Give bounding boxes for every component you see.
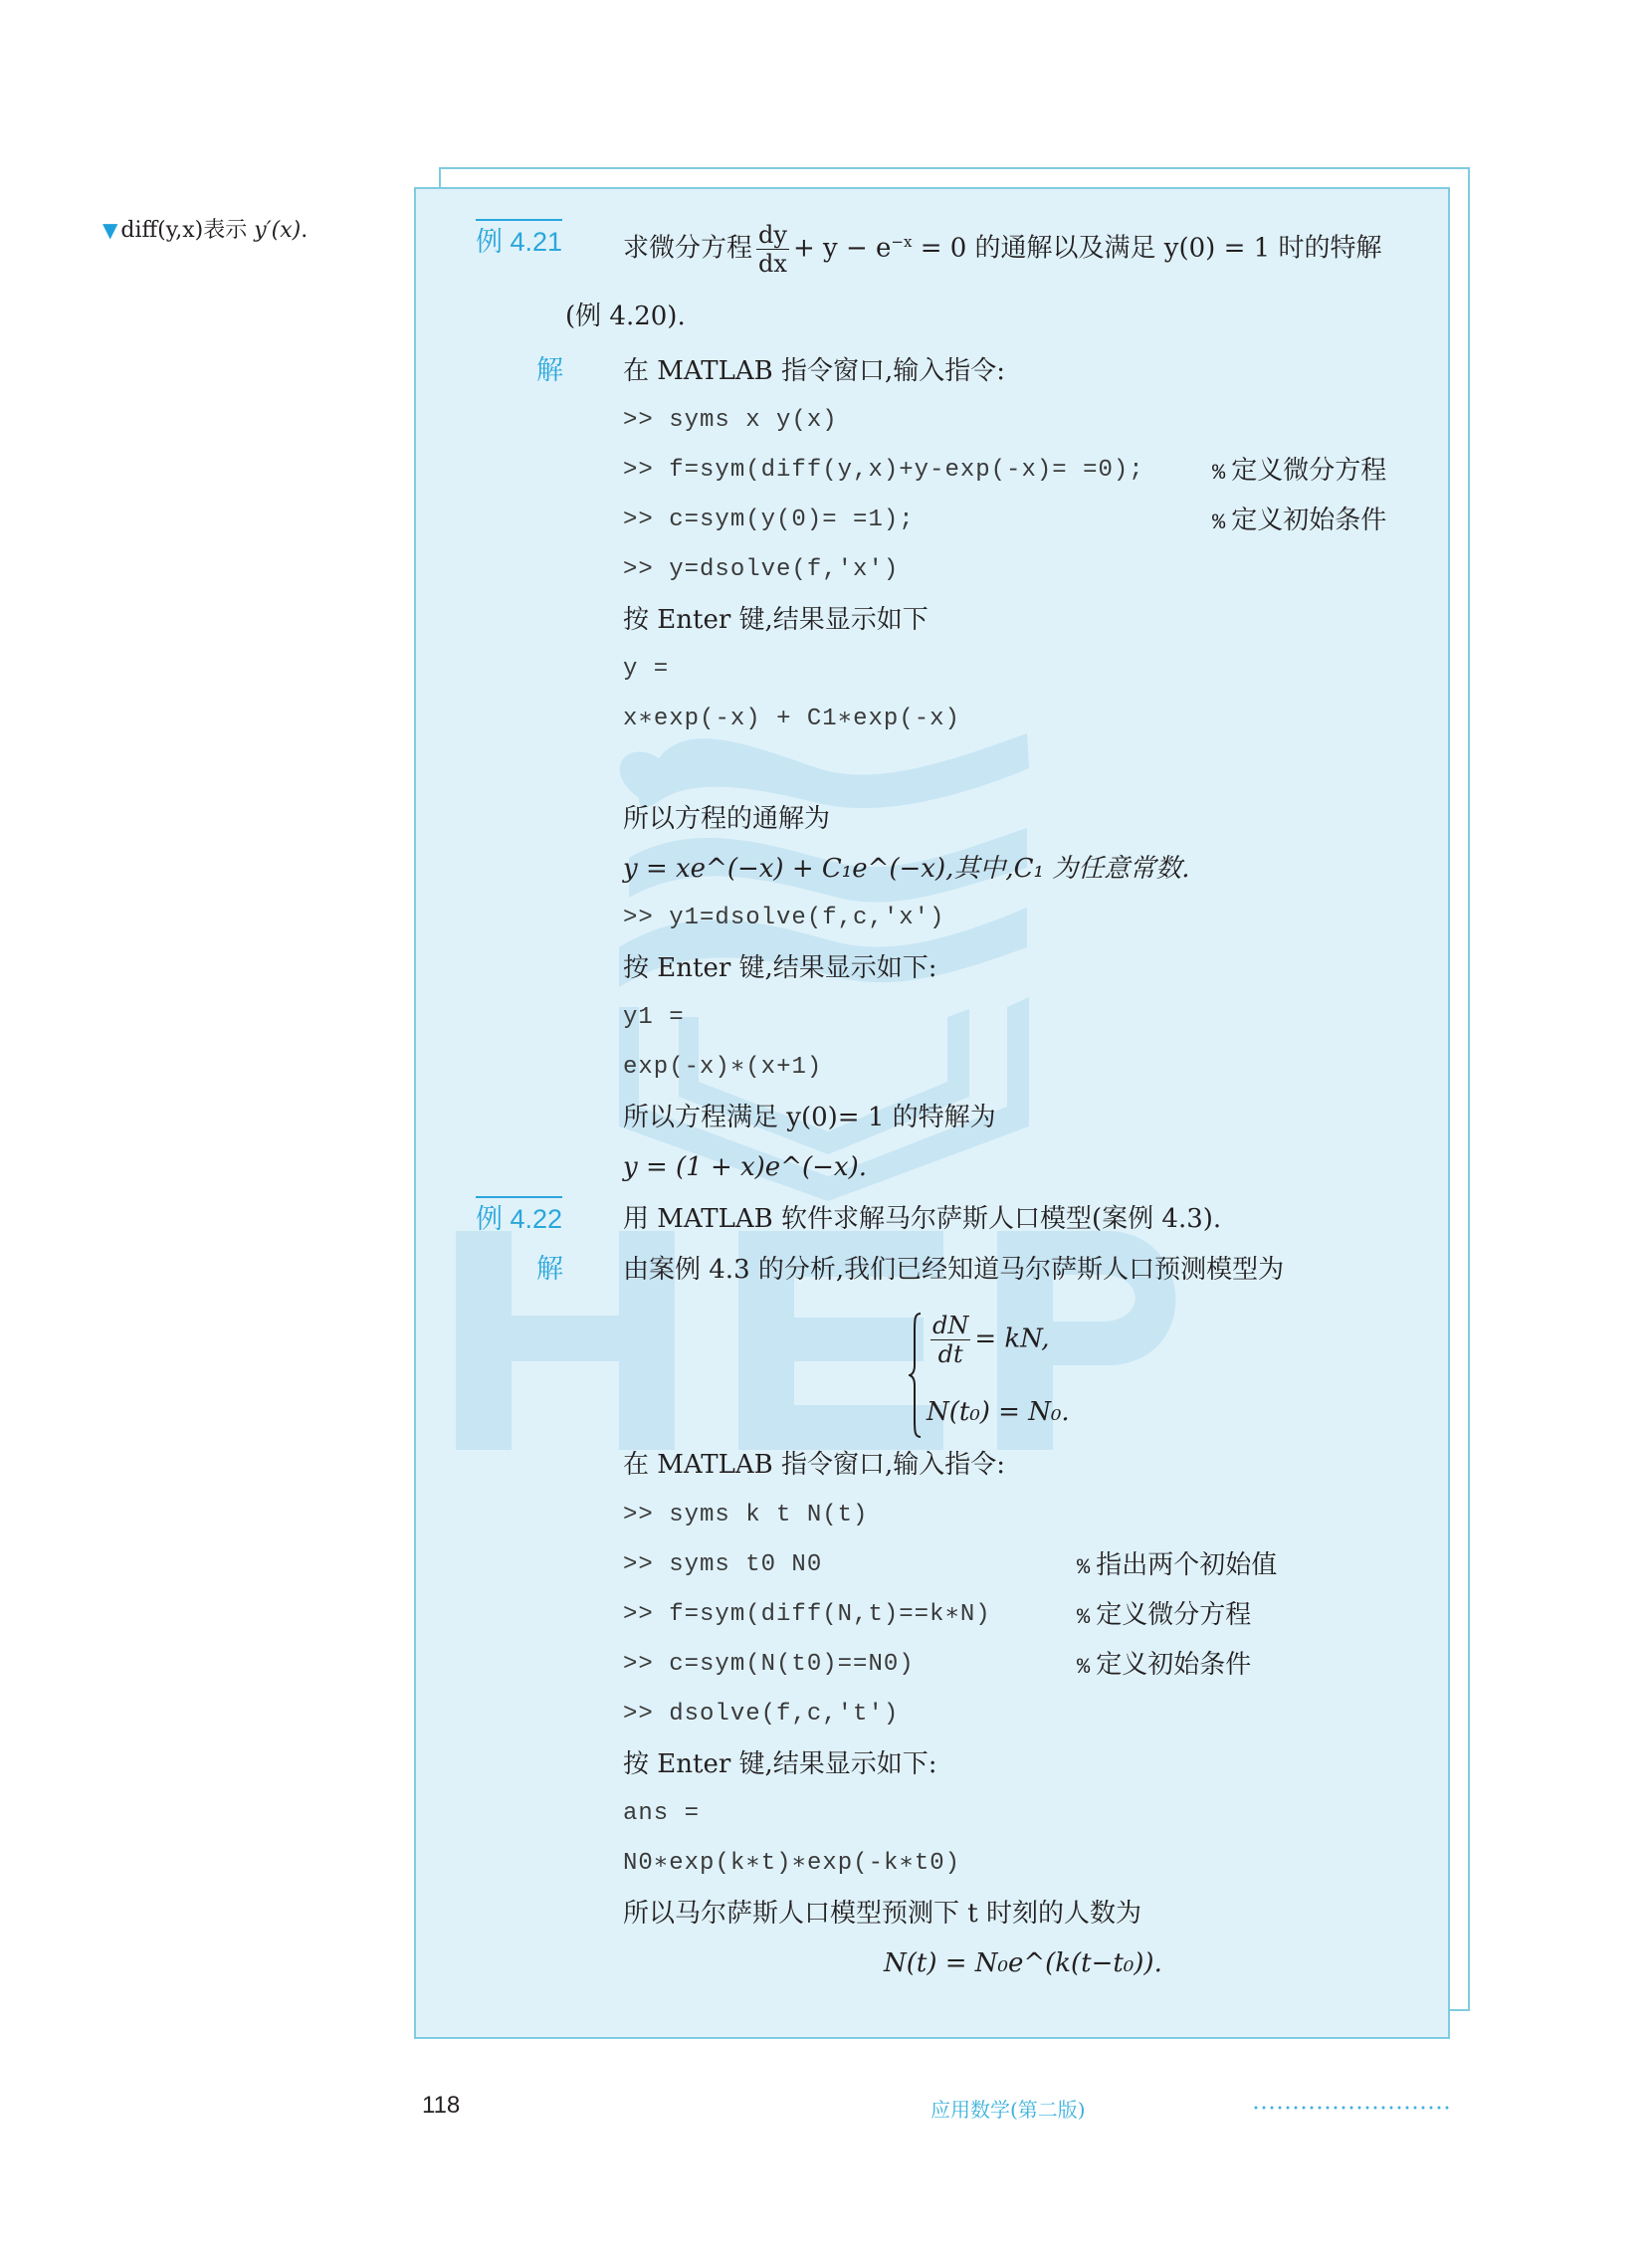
code-comment: %定义初始条件 <box>1077 1648 1251 1685</box>
code-line: >> y1=dsolve(f,c,'x') <box>623 902 944 935</box>
general-solution-intro: 所以方程的通解为 <box>623 802 830 836</box>
code-line: >> c=sym(N(t0)==N0) <box>623 1648 915 1682</box>
output-value: N0∗exp(k∗t)∗exp(-k∗t0) <box>623 1847 960 1881</box>
matlab-intro: 在 MATLAB 指令窗口,输入指令: <box>623 1448 1005 1482</box>
example-content: 例 4.21 求微分方程dydx+ y − e−x = 0 的通解以及满足 y(… <box>0 0 1652 2241</box>
output-value: x∗exp(-x) + C1∗exp(-x) <box>623 703 960 736</box>
code-line: >> syms x y(x) <box>623 404 838 438</box>
book-title: 应用数学(第二版) <box>930 2094 1086 2123</box>
result-formula: N(t) = N₀e^(k(t−t₀)). <box>884 1946 1162 1980</box>
press-enter-text: 按 Enter 键,结果显示如下: <box>623 1747 937 1781</box>
solution-label: 解 <box>536 354 563 388</box>
solution-label: 解 <box>536 1253 563 1287</box>
code-line: >> c=sym(y(0)= =1); <box>623 504 915 537</box>
matlab-intro: 在 MATLAB 指令窗口,输入指令: <box>623 354 1005 388</box>
left-brace-icon <box>909 1312 923 1439</box>
footer-dotted-rule <box>1252 2106 1453 2110</box>
output-label: ans = <box>623 1797 700 1831</box>
code-comment: %指出两个初始值 <box>1077 1548 1277 1585</box>
code-line: >> syms t0 N0 <box>623 1548 822 1582</box>
analysis-text: 由案例 4.3 的分析,我们已经知道马尔萨斯人口预测模型为 <box>623 1253 1284 1287</box>
code-comment: %定义微分方程 <box>1212 454 1386 491</box>
code-line: >> y=dsolve(f,'x') <box>623 553 899 587</box>
page-number: 118 <box>422 2092 460 2120</box>
general-solution: y = xe^(−x) + C₁e^(−x),其中,C₁ 为任意常数. <box>623 852 1190 886</box>
fraction-dy-dx: dydx <box>756 221 789 278</box>
example-statement: 求微分方程dydx+ y − e−x = 0 的通解以及满足 y(0) = 1 … <box>623 207 1381 284</box>
code-line: >> f=sym(diff(y,x)+y-exp(-x)= =0); <box>623 454 1144 488</box>
code-comment: %定义微分方程 <box>1077 1598 1251 1635</box>
output-value: exp(-x)∗(x+1) <box>623 1051 822 1085</box>
press-enter-text: 按 Enter 键,结果显示如下 <box>623 603 929 637</box>
code-line: >> dsolve(f,c,'t') <box>623 1698 899 1732</box>
press-enter-text: 按 Enter 键,结果显示如下: <box>623 951 937 985</box>
conclusion-text: 所以马尔萨斯人口模型预测下 t 时刻的人数为 <box>623 1897 1141 1931</box>
code-line: >> f=sym(diff(N,t)==k∗N) <box>623 1598 991 1632</box>
output-label: y1 = <box>623 1001 685 1035</box>
code-comment: %定义初始条件 <box>1212 504 1386 540</box>
initial-condition: N(t₀) = N₀. <box>927 1397 1070 1427</box>
particular-solution-intro: 所以方程满足 y(0)= 1 的特解为 <box>623 1101 996 1134</box>
example-statement: 用 MATLAB 软件求解马尔萨斯人口模型(案例 4.3). <box>623 1202 1221 1236</box>
ode-equation: dNdt= kN, <box>927 1312 1050 1368</box>
example-label-4-22: 例 4.22 <box>476 1202 562 1236</box>
output-label: y = <box>623 653 669 687</box>
example-statement-cont: (例 4.20). <box>565 300 686 333</box>
code-line: >> syms k t N(t) <box>623 1499 868 1532</box>
particular-solution: y = (1 + x)e^(−x). <box>623 1150 867 1184</box>
example-label-4-21: 例 4.21 <box>476 225 562 259</box>
